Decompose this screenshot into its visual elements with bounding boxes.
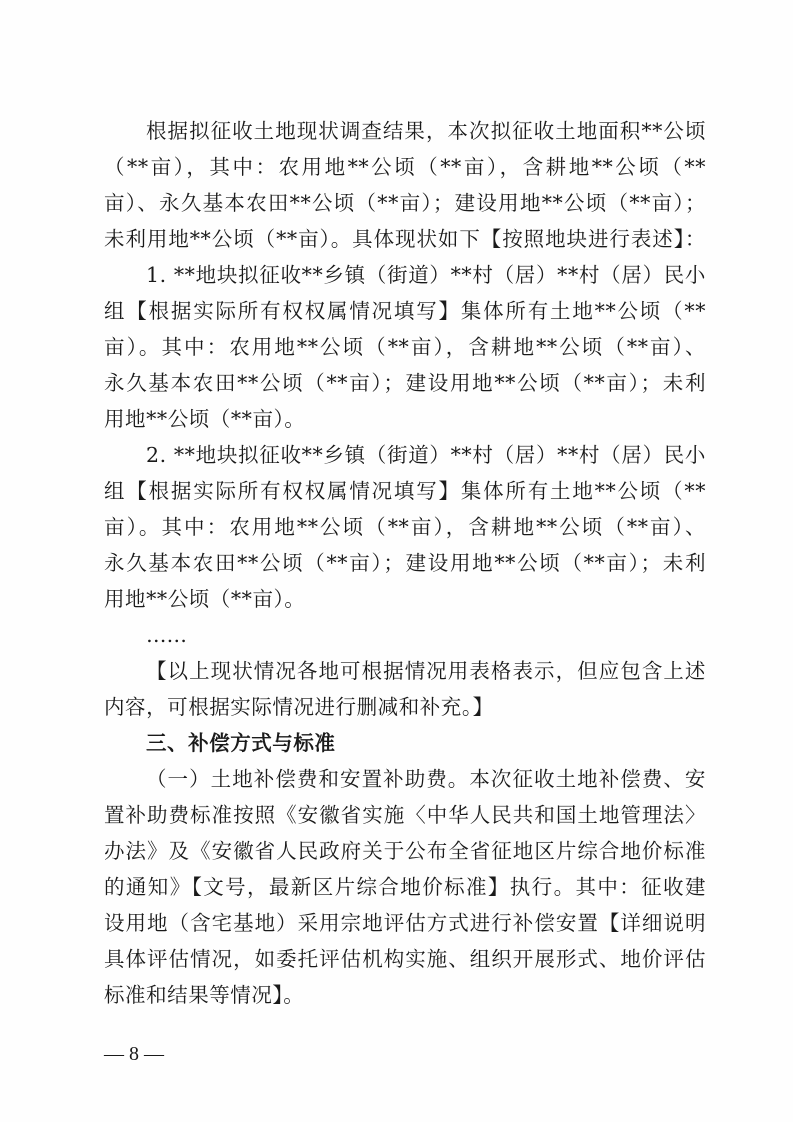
note-line-1: 【以上现状情况各地可根据情况用表格表示，但应包含上述 [146, 653, 706, 689]
compensation-line-3: 办法》及《安徽省人民政府关于公布全省征地区片综合地价标准 [104, 833, 706, 869]
plot-1-line-2: 组【根据实际所有权权属情况填写】集体所有土地**公顷（** [104, 293, 706, 329]
document-page: 根据拟征收土地现状调查结果，本次拟征收土地面积**公顷 （**亩），其中：农用地… [0, 0, 793, 1122]
plot-2-line-1: 2. **地块拟征收**乡镇（街道）**村（居）**村（居）民小 [146, 437, 706, 473]
note-line-2: 内容，可根据实际情况进行删减和补充。】 [104, 689, 706, 725]
plot-1-line-4: 永久基本农田**公顷（**亩）；建设用地**公顷（**亩）；未利 [104, 365, 706, 401]
compensation-line-4: 的通知》【文号，最新区片综合地价标准】执行。其中：征收建 [104, 869, 706, 905]
plot-2-line-5: 用地**公顷（**亩）。 [104, 581, 706, 617]
plot-1-line-5: 用地**公顷（**亩）。 [104, 401, 706, 437]
compensation-line-2: 置补助费标准按照《安徽省实施〈中华人民共和国土地管理法〉 [104, 797, 706, 833]
paragraph-survey-result-line-4: 未利用地**公顷（**亩）。具体现状如下【按照地块进行表述】： [104, 221, 706, 257]
plot-1-line-1: 1. **地块拟征收**乡镇（街道）**村（居）**村（居）民小 [146, 257, 706, 293]
plot-1-line-3: 亩）。其中：农用地**公顷（**亩），含耕地**公顷（**亩）、 [104, 329, 706, 365]
paragraph-survey-result-line-1: 根据拟征收土地现状调查结果，本次拟征收土地面积**公顷 [146, 113, 706, 149]
paragraph-survey-result-line-2: （**亩），其中：农用地**公顷（**亩），含耕地**公顷（** [104, 149, 706, 185]
ellipsis: …… [146, 617, 706, 653]
section-heading-compensation: 三、补偿方式与标准 [146, 725, 706, 761]
paragraph-survey-result-line-3: 亩）、永久基本农田**公顷（**亩）；建设用地**公顷（**亩）； [104, 185, 706, 221]
plot-2-line-4: 永久基本农田**公顷（**亩）；建设用地**公顷（**亩）；未利 [104, 545, 706, 581]
plot-2-line-2: 组【根据实际所有权权属情况填写】集体所有土地**公顷（** [104, 473, 706, 509]
compensation-line-5: 设用地（含宅基地）采用宗地评估方式进行补偿安置【详细说明 [104, 905, 706, 941]
compensation-line-6: 具体评估情况，如委托评估机构实施、组织开展形式、地价评估 [104, 941, 706, 977]
plot-2-line-3: 亩）。其中：农用地**公顷（**亩），含耕地**公顷（**亩）、 [104, 509, 706, 545]
compensation-line-7: 标准和结果等情况】。 [104, 977, 706, 1013]
page-number: — 8 — [104, 1040, 164, 1068]
compensation-line-1: （一）土地补偿费和安置补助费。本次征收土地补偿费、安 [146, 761, 706, 797]
